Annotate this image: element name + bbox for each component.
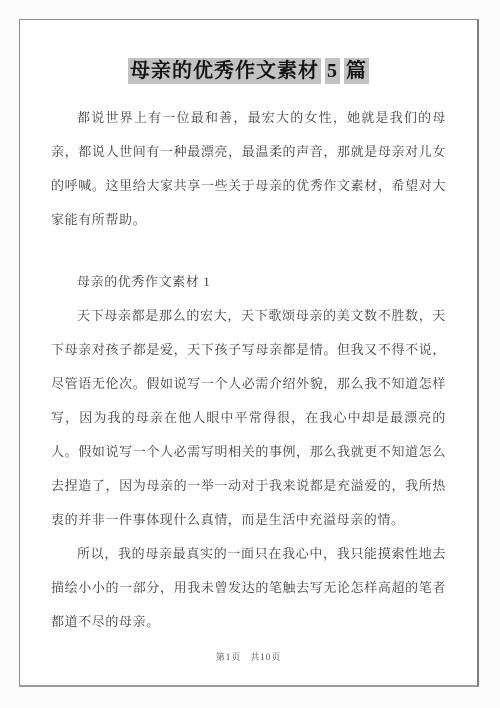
title-highlight-number: 5 [325, 58, 340, 84]
document-page: 母亲的优秀作文素材5篇 都说世界上有一位最和善，最宏大的女性，她就是我们的母亲，… [19, 19, 479, 687]
title-highlight-main: 母亲的优秀作文素材 [128, 58, 321, 84]
document-canvas: 母亲的优秀作文素材5篇 都说世界上有一位最和善，最宏大的女性，她就是我们的母亲，… [0, 0, 500, 708]
page-title: 母亲的优秀作文素材5篇 [51, 56, 446, 86]
intro-paragraph: 都说世界上有一位最和善，最宏大的女性，她就是我们的母亲，都说人世间有一种最漂亮，… [51, 101, 446, 237]
title-highlight-suffix: 篇 [344, 58, 369, 84]
page-number-current: 第1页 [216, 652, 242, 662]
section-paragraph-1: 天下母亲都是那么的宏大，天下歌颂母亲的美文数不胜数，天下母亲对孩子都是爱，天下孩… [51, 299, 446, 537]
section-paragraph-2: 所以，我的母亲最真实的一面只在我心中，我只能摸索性地去描绘小小的一部分，用我未曾… [51, 537, 446, 639]
page-number-total: 共10页 [250, 652, 281, 662]
page-footer: 第1页共10页 [20, 650, 477, 663]
section-heading: 母亲的优秀作文素材 1 [51, 265, 446, 299]
